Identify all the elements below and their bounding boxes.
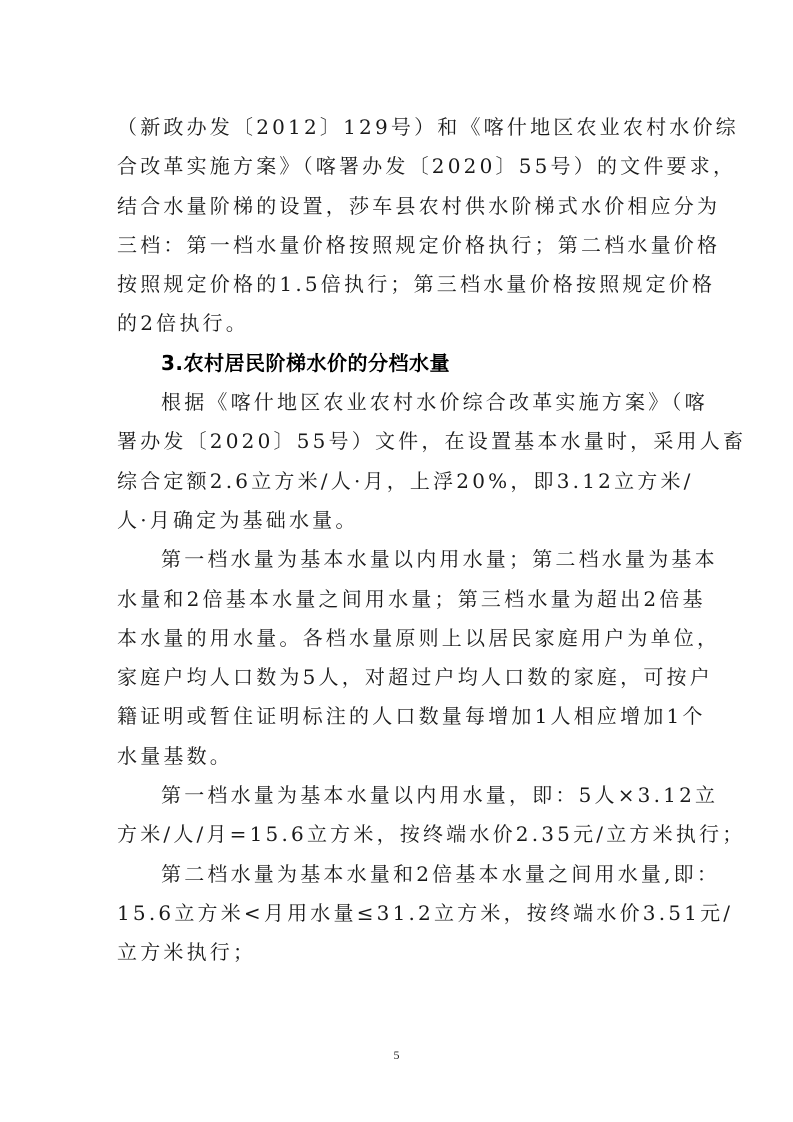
paragraph-line: 综合定额2.6立方米/人·月，上浮20%，即3.12立方米/	[117, 462, 675, 501]
paragraph-line: 按照规定价格的1.5倍执行；第三档水量价格按照规定价格	[117, 265, 675, 304]
paragraph-line: 水量和2倍基本水量之间用水量；第三档水量为超出2倍基	[117, 580, 675, 619]
paragraph-line: 水量基数。	[117, 737, 675, 776]
paragraph-line: 根据《喀什地区农业农村水价综合改革实施方案》（喀	[117, 383, 675, 422]
paragraph-line: 籍证明或暂住证明标注的人口数量每增加1人相应增加1个	[117, 697, 675, 736]
paragraph-line: 人·月确定为基础水量。	[117, 501, 675, 540]
paragraph-line: 结合水量阶梯的设置，莎车县农村供水阶梯式水价相应分为	[117, 187, 675, 226]
paragraph-line: 家庭户均人口数为5人，对超过户均人口数的家庭，可按户	[117, 658, 675, 697]
paragraph-line: 方米/人/月=15.6立方米，按终端水价2.35元/立方米执行；	[117, 815, 675, 854]
paragraph-line: 合改革实施方案》（喀署办发〔2020〕55号）的文件要求，	[117, 147, 675, 186]
page-number: 5	[0, 1048, 793, 1063]
paragraph-line: 第二档水量为基本水量和2倍基本水量之间用水量,即：	[117, 855, 675, 894]
paragraph-line: 的2倍执行。	[117, 304, 675, 343]
paragraph-line: （新政办发〔2012〕129号）和《喀什地区农业农村水价综	[117, 108, 675, 147]
paragraph-line: 第一档水量为基本水量以内用水量，即：5人×3.12立	[117, 776, 675, 815]
paragraph-line: 15.6立方米<月用水量≤31.2立方米，按终端水价3.51元/	[117, 894, 675, 933]
section-heading: 3.农村居民阶梯水价的分档水量	[117, 344, 675, 383]
paragraph-line: 第一档水量为基本水量以内用水量；第二档水量为基本	[117, 540, 675, 579]
document-page: （新政办发〔2012〕129号）和《喀什地区农业农村水价综 合改革实施方案》（喀…	[0, 0, 793, 1122]
paragraph-line: 署办发〔2020〕55号）文件，在设置基本水量时，采用人畜	[117, 422, 675, 461]
paragraph-line: 立方米执行；	[117, 933, 675, 972]
paragraph-line: 三档：第一档水量价格按照规定价格执行；第二档水量价格	[117, 226, 675, 265]
paragraph-line: 本水量的用水量。各档水量原则上以居民家庭用户为单位，	[117, 619, 675, 658]
document-body: （新政办发〔2012〕129号）和《喀什地区农业农村水价综 合改革实施方案》（喀…	[117, 108, 675, 973]
